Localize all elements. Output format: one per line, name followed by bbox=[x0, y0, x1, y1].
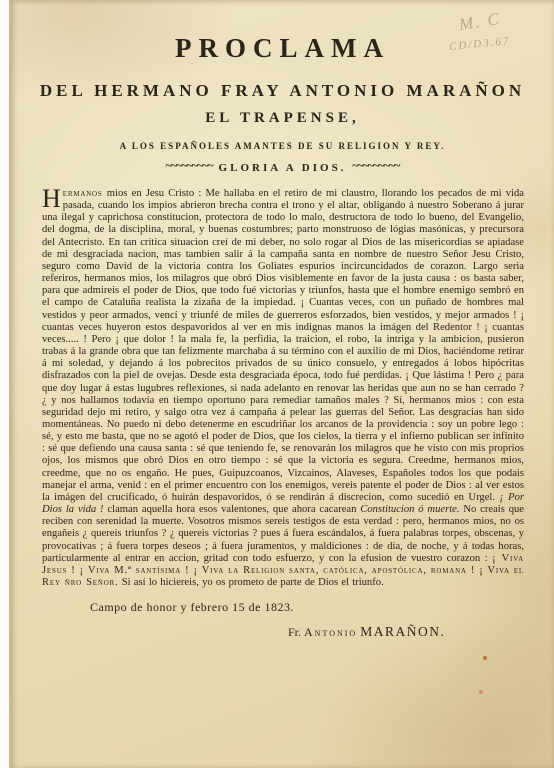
ink-stain-dot-faint bbox=[479, 690, 483, 694]
wavy-ornament-left: ~~~~~~~~~ bbox=[166, 158, 213, 172]
dedication-line: A LOS ESPAÑOLES AMANTES DE SU RELIGION Y… bbox=[11, 141, 554, 151]
body-segment-initial: H bbox=[42, 188, 63, 209]
motto-row: ~~~~~~~~~ GLORIA A DIOS. ~~~~~~~~~ bbox=[11, 160, 554, 175]
document-header: PROCLAMA DEL HERMANO FRAY ANTONIO MARAÑO… bbox=[11, 33, 554, 175]
epithet-line: EL TRAPENSE, bbox=[11, 110, 554, 127]
body-segment-normal: mios en Jesu Cristo : Me hallaba en el r… bbox=[42, 188, 524, 503]
body-segment-italic: Constitucion ó muerte. bbox=[360, 504, 459, 515]
proclamation-paper: M. C CD/D3.67 PROCLAMA DEL HERMANO FRAY … bbox=[9, 0, 554, 768]
proclamation-body: Hermanos mios en Jesu Cristo : Me hallab… bbox=[42, 188, 524, 589]
author-line: DEL HERMANO FRAY ANTONIO MARAÑON bbox=[11, 81, 554, 101]
body-segment-normal: claman aquella hora esos valentones, que… bbox=[104, 504, 361, 515]
pencil-annotation-initials: M. C bbox=[458, 9, 503, 35]
wavy-ornament-right: ~~~~~~~~~ bbox=[352, 158, 399, 172]
page-background: { "annotations": { "pencil_initials": "M… bbox=[0, 0, 554, 768]
signature-last-name: MARAÑON. bbox=[360, 624, 445, 639]
body-segment-normal: Si así lo hiciereis, yo os prometo de pa… bbox=[118, 577, 383, 588]
dateline: Campo de honor y febrero 15 de 1823. bbox=[90, 600, 554, 615]
ink-stain-dot bbox=[483, 656, 487, 660]
motto-text: GLORIA A DIOS. bbox=[219, 162, 347, 174]
signature-line: Fr. Antonio MARAÑON. bbox=[11, 624, 554, 640]
signature-prefix: Fr. bbox=[288, 625, 301, 639]
body-segment-smallcaps: ermanos bbox=[63, 188, 103, 199]
signature-first-name: Antonio bbox=[304, 625, 357, 639]
